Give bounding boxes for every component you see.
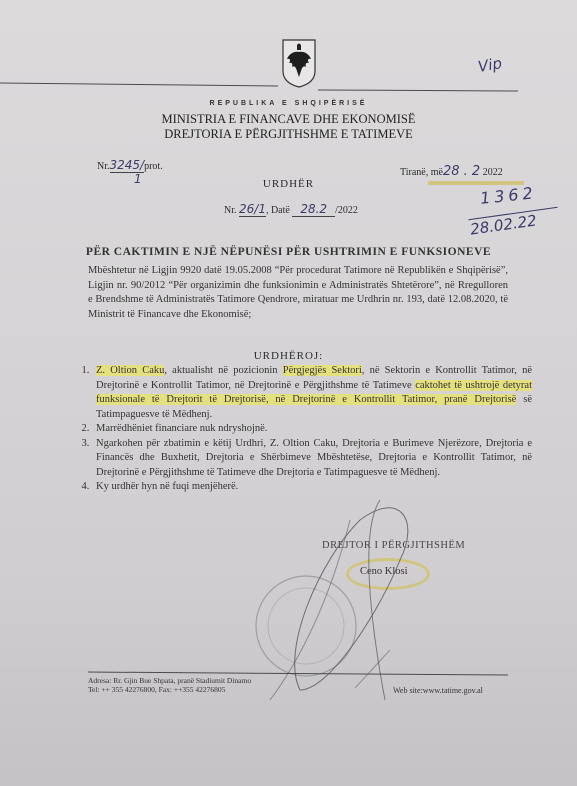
place-date-year: 2022: [483, 167, 503, 178]
item-text: Ngarkohen për zbatimin e këtij Urdhri, Z…: [96, 438, 532, 478]
corner-handwritten-note: Vip: [477, 54, 504, 76]
place-date-month: 2: [472, 164, 480, 179]
signatory-title: DREJTOR I PËRGJITHSHËM: [322, 540, 465, 551]
document-subject: PËR CAKTIMIN E NJË NËPUNËSI PËR USHTRIMI…: [0, 246, 577, 258]
registry-date: 28.02.22: [469, 211, 538, 238]
item-text: , aktualisht në pozicionin: [164, 365, 282, 376]
place-date: Tiranë, më28 . 2 2022: [400, 164, 503, 179]
order-nr-value: 26/1: [239, 202, 266, 217]
issuing-authority: MINISTRIA E FINANCAVE DHE EKONOMISË DREJ…: [0, 112, 577, 142]
order-date-value: 28.2: [292, 202, 335, 217]
order-nr-label: Nr.: [224, 205, 237, 216]
protocol-prefix: Nr.: [97, 161, 110, 172]
order-title: URDHËR: [0, 178, 577, 190]
albanian-eagle-emblem-icon: [280, 37, 318, 89]
decree-heading: URDHËROJ:: [0, 350, 577, 362]
protocol-number: Nr.3245/prot. 1: [97, 158, 163, 172]
item-text: Ky urdhër hyn në fuqi menjëherë.: [96, 481, 238, 492]
directorate-name: DREJTORIA E PËRGJITHSHME E TATIMEVE: [0, 127, 577, 142]
header-rule-right: [318, 89, 518, 91]
decree-item: Marrëdhëniet financiare nuk ndryshojnë.: [92, 422, 532, 437]
protocol-handwritten-number: 3245/: [110, 158, 145, 173]
decree-item: Ky urdhër hyn në fuqi menjëherë.: [92, 480, 532, 495]
place-date-prefix: Tiranë, më: [400, 167, 443, 178]
footer-rule: [88, 672, 508, 676]
highlighted-text: Përgjegjës Sektori: [283, 365, 362, 376]
order-date-year: /2022: [335, 205, 358, 216]
ministry-name: MINISTRIA E FINANCAVE DHE EKONOMISË: [0, 112, 577, 127]
decree-item: Ngarkohen për zbatimin e këtij Urdhri, Z…: [92, 437, 532, 481]
republic-label: REPUBLIKA E SHQIPËRISË: [0, 100, 577, 107]
footer-contact: Adresa: Rr. Gjin Bue Shpata, pranë Stadi…: [88, 676, 251, 694]
protocol-suffix: prot.: [144, 161, 163, 172]
footer-phone-fax: Tel: ++ 355 42276800, Fax: ++355 4227680…: [88, 685, 251, 694]
preamble-paragraph: Mbështetur në Ligjin 9920 datë 19.05.200…: [88, 264, 508, 322]
highlighted-text: Z. Oltion Caku: [96, 365, 164, 376]
place-date-day: 28: [443, 164, 460, 179]
header-rule-left: [0, 83, 278, 87]
item-text: Marrëdhëniet financiare nuk ndryshojnë.: [96, 423, 267, 434]
order-date-label: , Datë: [266, 205, 290, 216]
footer-website: Web site:www.tatime.gov.al: [393, 686, 483, 695]
signatory-name: Ceno Klosi: [360, 566, 408, 577]
footer-address: Adresa: Rr. Gjin Bue Shpata, pranë Stadi…: [88, 676, 251, 685]
scanned-document-page: REPUBLIKA E SHQIPËRISË MINISTRIA E FINAN…: [0, 0, 577, 786]
order-number-date: Nr. 26/1, Datë 28.2/2022: [224, 202, 358, 216]
decree-item: Z. Oltion Caku, aktualisht në pozicionin…: [92, 364, 532, 422]
decree-items-list: Z. Oltion Caku, aktualisht në pozicionin…: [72, 364, 532, 495]
